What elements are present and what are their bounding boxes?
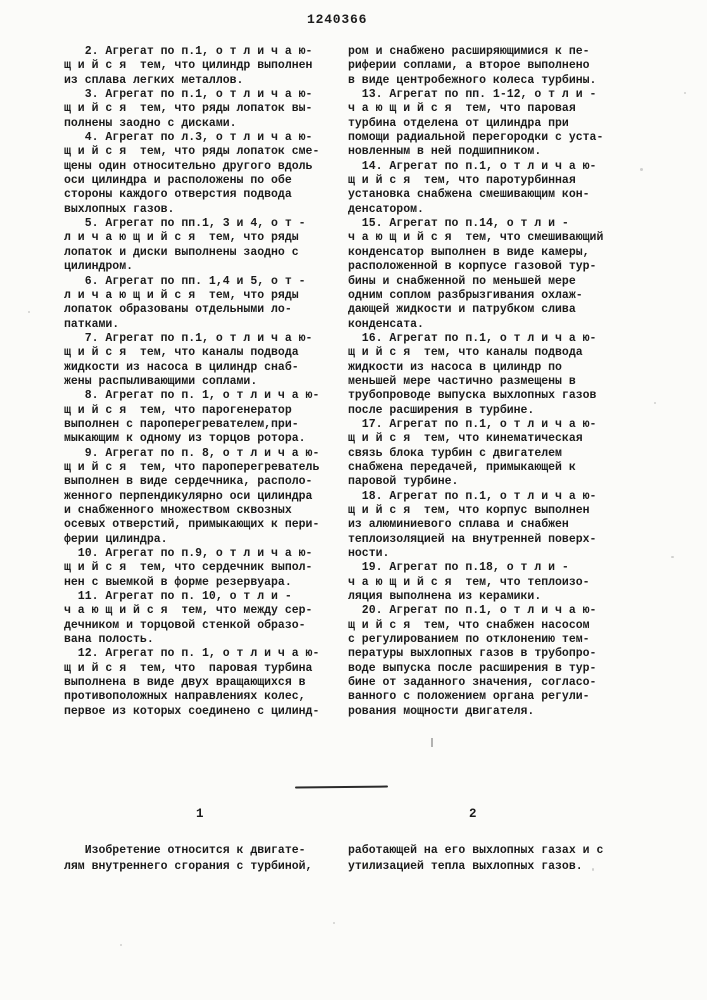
text-line: щ и й с я тем, что снабжен насосом [348,619,640,633]
column-number-left: 1 [196,807,204,821]
paper-speck [671,556,674,558]
text-line: ч а ю щ и й с я тем, что паровая [348,102,640,116]
text-line: в виде центробежного колеса турбины. [348,74,640,88]
text-line: жены распыливающими соплами. [64,375,356,389]
section-divider-line [295,786,388,789]
patent-number: 1240366 [307,12,367,27]
text-line: риферии соплами, а второе выполнено [348,59,640,73]
text-line: первое из которых соединено с цилинд- [64,705,356,719]
text-line: ляция выполнена из керамики. [348,590,640,604]
text-line: 6. Агрегат по пп. 1,4 и 5, о т - [64,275,356,289]
text-line: снабжена передачей, примыкающей к [348,461,640,475]
text-line: щ и й с я тем, что каналы подвода [348,346,640,360]
text-line: установка снабжена смешивающим кон- [348,188,640,202]
text-line: щ и й с я тем, что ряды лопаток сме- [64,145,356,159]
text-line: после расширения в турбине. [348,404,640,418]
text-line: воде выпуска после расширения в тур- [348,662,640,676]
text-line: жидкости из насоса в цилиндр снаб- [64,361,356,375]
text-line: теплоизоляцией на внутренней поверх- [348,533,640,547]
text-line: л и ч а ю щ и й с я тем, что ряды [64,289,356,303]
text-line: 20. Агрегат по п.1, о т л и ч а ю- [348,604,640,618]
text-line: щ и й с я тем, что корпус выполнен [348,504,640,518]
text-line: дечником и торцовой стенкой образо- [64,619,356,633]
text-line: полнены заодно с дисками. [64,117,356,131]
text-line: осевых отверстий, примыкающих к пери- [64,518,356,532]
text-line: 8. Агрегат по п. 1, о т л и ч а ю- [64,389,356,403]
text-line: щ и й с я тем, что сердечник выпол- [64,561,356,575]
text-line: щ и й с я тем, что паровая турбина [64,662,356,676]
text-line: 10. Агрегат по п.9, о т л и ч а ю- [64,547,356,561]
text-line: стороны каждого отверстия подвода [64,188,356,202]
text-line: щ и й с я тем, что парогенератор [64,404,356,418]
text-line: из сплава легких металлов. [64,74,356,88]
text-line: цилиндром. [64,260,356,274]
text-line: лопаток и диски выполнены заодно с [64,246,356,260]
text-line: и снабженного множеством сквозных [64,504,356,518]
text-line: бины и снабженной по меньшей мере [348,275,640,289]
text-line: мыкающим к одному из торцов ротора. [64,432,356,446]
text-line: оси цилиндра и расположены по обе [64,174,356,188]
text-line: 18. Агрегат по п.1, о т л и ч а ю- [348,490,640,504]
text-line: вана полость. [64,633,356,647]
description-column-left: Изобретение относится к двигате-лям внут… [64,843,356,874]
text-line: работающей на его выхлопных газах и с [348,843,640,859]
text-line: Изобретение относится к двигате- [64,843,356,859]
patent-page: 1240366 2. Агрегат по п.1, о т л и ч а ю… [0,0,707,1000]
ink-artifact [431,738,433,747]
text-line: выхлопных газов. [64,203,356,217]
paper-speck [120,944,122,946]
text-line: паровой турбине. [348,475,640,489]
paper-speck [333,922,335,924]
text-line: щ и й с я тем, что ряды лопаток вы- [64,102,356,116]
paper-speck [592,868,594,871]
paper-speck [684,92,686,94]
text-line: одним соплом разбрызгивания охлаж- [348,289,640,303]
text-line: щ и й с я тем, что пароперегреватель [64,461,356,475]
text-line: 16. Агрегат по п.1, о т л и ч а ю- [348,332,640,346]
claims-column-right: ром и снабжено расширяющимися к пе-рифер… [348,45,640,719]
text-line: 13. Агрегат по пп. 1-12, о т л и - [348,88,640,102]
text-line: 2. Агрегат по п.1, о т л и ч а ю- [64,45,356,59]
text-line: патками. [64,318,356,332]
text-line: ч а ю щ и й с я тем, что между сер- [64,604,356,618]
text-line: рования мощности двигателя. [348,705,640,719]
text-line: 11. Агрегат по п. 10, о т л и - [64,590,356,604]
text-line: ванного с положением органа регули- [348,690,640,704]
text-line: женного перпендикулярно оси цилиндра [64,490,356,504]
text-line: щ и й с я тем, что цилиндр выполнен [64,59,356,73]
text-line: утилизацией тепла выхлопных газов. [348,859,640,875]
text-line: турбина отделена от цилиндра при [348,117,640,131]
text-line: денсатором. [348,203,640,217]
text-line: ности. [348,547,640,561]
text-line: 19. Агрегат по п.18, о т л и - [348,561,640,575]
text-line: ферии цилиндра. [64,533,356,547]
text-line: 9. Агрегат по п. 8, о т л и ч а ю- [64,447,356,461]
text-line: жидкости из насоса в цилиндр по [348,361,640,375]
text-line: 17. Агрегат по п.1, о т л и ч а ю- [348,418,640,432]
paper-speck [654,402,656,404]
text-line: щ и й с я тем, что каналы подвода [64,346,356,360]
text-line: новленным в ней подшипником. [348,145,640,159]
text-line: лям внутреннего сгорания с турбиной, [64,859,356,875]
text-line: из алюминиевого сплава и снабжен [348,518,640,532]
text-line: дающей жидкости и патрубком слива [348,303,640,317]
text-line: трубопроводе выпуска выхлопных газов [348,389,640,403]
text-line: с регулированием по отклонению тем- [348,633,640,647]
claims-column-left: 2. Агрегат по п.1, о т л и ч а ю-щ и й с… [64,45,356,719]
column-number-right: 2 [469,807,477,821]
text-line: ч а ю щ и й с я тем, что теплоизо- [348,576,640,590]
text-line: выполнен с пароперегревателем,при- [64,418,356,432]
text-line: выполнен в виде сердечника, располо- [64,475,356,489]
text-line: 7. Агрегат по п.1, о т л и ч а ю- [64,332,356,346]
text-line: бине от заданного значения, согласо- [348,676,640,690]
text-line: меньшей мере частично размещены в [348,375,640,389]
text-line: расположенной в корпусе газовой тур- [348,260,640,274]
text-line: противоположных направлениях колес, [64,690,356,704]
text-line: 12. Агрегат по п. 1, о т л и ч а ю- [64,647,356,661]
text-line: 15. Агрегат по п.14, о т л и - [348,217,640,231]
text-line: пературы выхлопных газов в трубопро- [348,647,640,661]
text-line: 14. Агрегат по п.1, о т л и ч а ю- [348,160,640,174]
text-line: связь блока турбин с двигателем [348,447,640,461]
description-column-right: работающей на его выхлопных газах и сути… [348,843,640,874]
text-line: конденсатор выполнен в виде камеры, [348,246,640,260]
text-line: щ и й с я тем, что кинематическая [348,432,640,446]
text-line: ч а ю щ и й с я тем, что смешивающий [348,231,640,245]
paper-speck [640,168,643,171]
text-line: помощи радиальной перегородки с уста- [348,131,640,145]
text-line: л и ч а ю щ и й с я тем, что ряды [64,231,356,245]
text-line: щены один относительно другого вдоль [64,160,356,174]
text-line: 3. Агрегат по п.1, о т л и ч а ю- [64,88,356,102]
text-line: ром и снабжено расширяющимися к пе- [348,45,640,59]
text-line: лопаток образованы отдельными ло- [64,303,356,317]
text-line: конденсата. [348,318,640,332]
text-line: нен с выемкой в форме резервуара. [64,576,356,590]
text-line: 4. Агрегат по л.3, о т л и ч а ю- [64,131,356,145]
paper-speck [28,311,30,313]
text-line: щ и й с я тем, что паротурбинная [348,174,640,188]
text-line: 5. Агрегат по пп.1, 3 и 4, о т - [64,217,356,231]
text-line: выполнена в виде двух вращающихся в [64,676,356,690]
